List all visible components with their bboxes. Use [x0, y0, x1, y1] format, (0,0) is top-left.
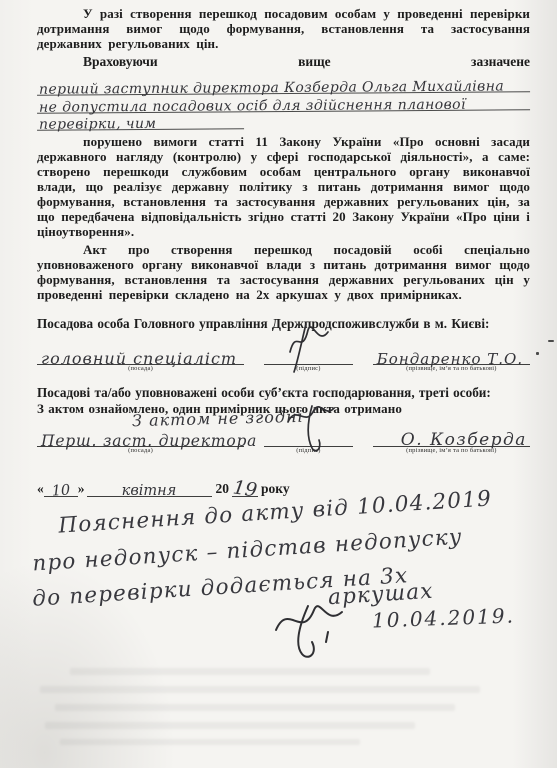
considering-line: Враховуючи вище зазначене	[37, 54, 530, 70]
document-body: У разі створення перешкод посадовим особ…	[37, 6, 530, 497]
note-signature-scribble	[262, 596, 352, 662]
official-name-line: Бондаренко Т.О.	[373, 348, 530, 365]
paragraph-violation: порушено вимоги статті 11 Закону України…	[37, 134, 530, 239]
considering-word-1: Враховуючи	[83, 54, 158, 70]
handwritten-insert-line-2: не допустила посадових осіб для здійснен…	[37, 92, 530, 113]
explanation-note: Пояснення до акту від 10.04.2019 про нед…	[0, 478, 557, 768]
entity-position-field: Перш. заст. директора (посада)	[37, 430, 244, 455]
paragraph-act: Акт про створення перешкод посадовій осо…	[37, 242, 530, 302]
handwritten-insert-text-3: перевірки, чим	[39, 116, 156, 133]
entity-name-field: О. Козберда (прізвище, ім’я та по батько…	[373, 430, 530, 455]
official-signature-line	[264, 348, 353, 365]
entity-signature-row: Перш. заст. директора (посада) (підпис)	[37, 430, 530, 455]
entity-signature-line	[264, 430, 353, 447]
paragraph-intro: У разі створення перешкод посадовим особ…	[37, 6, 530, 51]
entity-signature-field: (підпис)	[264, 430, 353, 455]
official-position-field: головний спеціаліст (посада)	[37, 348, 244, 373]
considering-word-3: зазначене	[471, 54, 530, 70]
official-signature-row: головний спеціаліст (посада) (підпис) Бо…	[37, 348, 530, 373]
scan-speck	[548, 340, 554, 342]
official-signature-field: (підпис)	[264, 348, 353, 373]
considering-word-2: вище	[298, 54, 330, 70]
bleedthrough-smudge	[40, 686, 480, 693]
entity-heading: Посадові та/або уповноважені особи суб’є…	[37, 385, 530, 401]
official-signature-scribble	[282, 322, 338, 374]
official-position-line: головний спеціаліст	[37, 348, 244, 365]
document-page: У разі створення перешкод посадовим особ…	[0, 0, 557, 768]
bleedthrough-smudge	[45, 722, 415, 729]
entity-name-text: О. Козберда	[401, 430, 527, 450]
entity-signature-scribble	[282, 400, 338, 456]
entity-name-line: О. Козберда	[373, 430, 530, 447]
entity-position-line: Перш. заст. директора	[37, 430, 244, 447]
bleedthrough-smudge	[55, 704, 455, 711]
official-position-text: головний спеціаліст	[41, 349, 237, 368]
bleedthrough-smudge	[60, 739, 360, 745]
handwritten-insert-block: перший заступник директора Козберда Ольг…	[37, 76, 530, 130]
note-date-text: 10.04.2019.	[372, 604, 516, 633]
official-name-field: Бондаренко Т.О. (прізвище, ім’я та по ба…	[373, 348, 530, 373]
handwritten-insert-line-3: перевірки, чим	[37, 111, 244, 130]
entity-position-text: Перш. заст. директора	[41, 432, 257, 450]
scan-speck	[536, 352, 539, 355]
entity-section: Посадові та/або уповноважені особи суб’є…	[37, 385, 530, 455]
entity-disagree-note: З актом не згодні	[132, 407, 304, 430]
official-name-text: Бондаренко Т.О.	[377, 350, 523, 368]
bleedthrough-smudge	[70, 668, 430, 675]
